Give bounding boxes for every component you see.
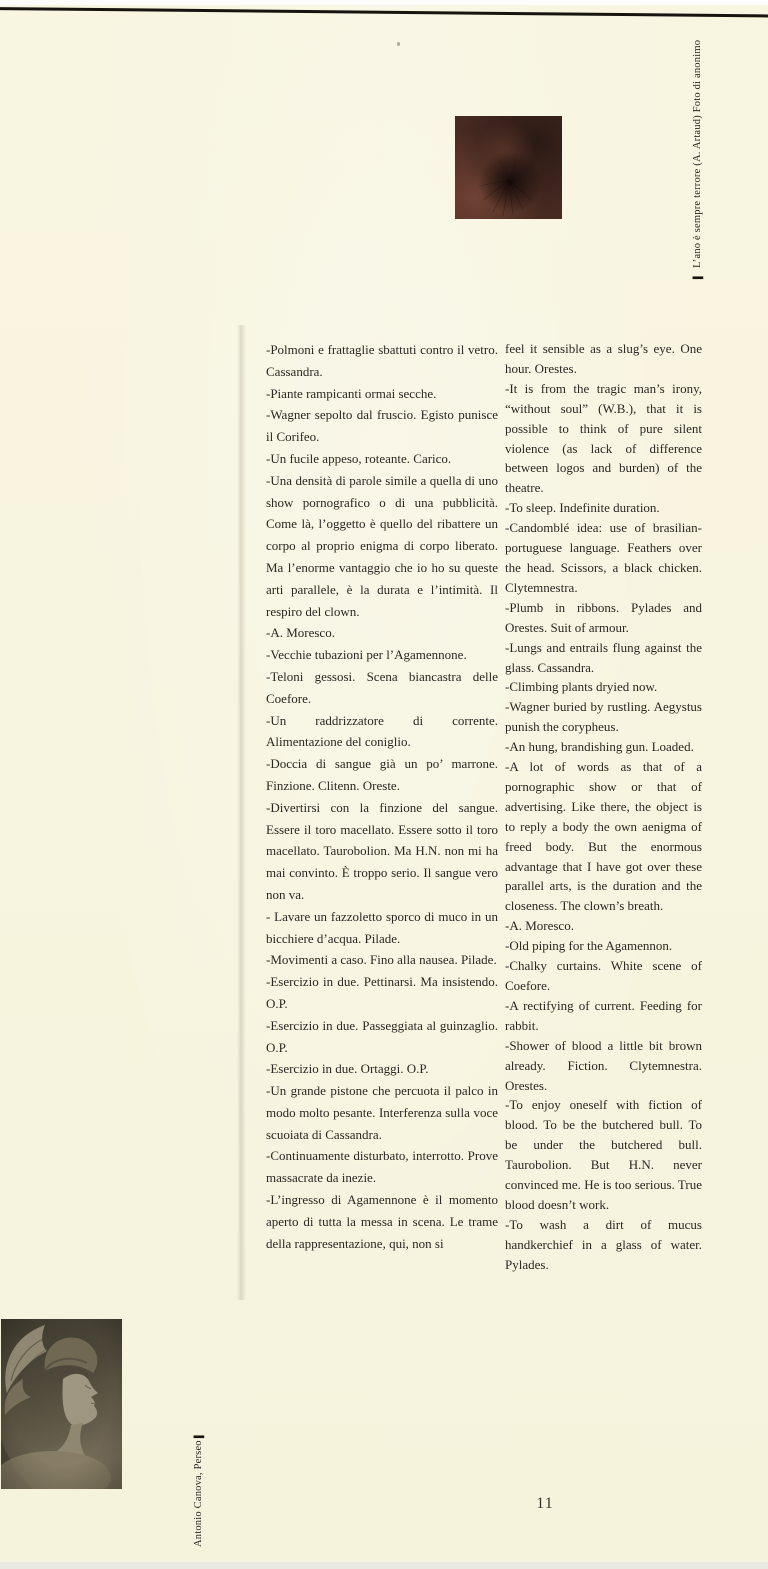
scan-edge-line: [0, 7, 768, 18]
page-number: 11: [515, 1495, 575, 1513]
text-entry: -Teloni gessosi. Scena biancastra delle …: [266, 666, 498, 710]
text-entry: -Wagner buried by rustling. Aegystus pun…: [505, 697, 702, 737]
text-entry: -Shower of blood a little bit brown alre…: [505, 1036, 702, 1096]
text-entry: -To wash a dirt of mucus handkerchief in…: [505, 1215, 702, 1275]
text-entry: -Polmoni e frattaglie sbattuti contro il…: [266, 339, 498, 383]
photo-caption-vertical: ▍L’ano è sempre terrore (A. Artaud) Foto…: [692, 29, 703, 281]
text-entry: -Doccia di sangue già un po’ marrone. Fi…: [266, 753, 498, 797]
caption-square-marker: ▍: [195, 1431, 204, 1438]
text-entry: -L’ingresso di Agamennone è il momento a…: [266, 1189, 498, 1254]
gutter-crease-shadow: [237, 325, 246, 1300]
text-entry: - Lavare un fazzoletto sporco di muco in…: [266, 906, 498, 950]
text-entry: -Esercizio in due. Ortaggi. O.P.: [266, 1058, 498, 1080]
text-entry: feel it sensible as a slug’s eye. One ho…: [505, 339, 702, 379]
text-entry: -It is from the tragic man’s irony, “wit…: [505, 379, 702, 498]
text-entry: -Un raddrizzatore di corrente. Alimentaz…: [266, 710, 498, 754]
text-entry: -Plumb in ribbons. Pylades and Orestes. …: [505, 598, 702, 638]
magazine-page: ▍L’ano è sempre terrore (A. Artaud) Foto…: [0, 5, 768, 1562]
text-entry: -Vecchie tubazioni per l’Agamennone.: [266, 644, 498, 666]
text-entry: -Candomblé idea: use of brasilian-portug…: [505, 518, 702, 598]
text-entry: -To sleep. Indefinite duration.: [505, 498, 702, 518]
text-entry: -Esercizio in due. Pettinarsi. Ma insist…: [266, 971, 498, 1015]
text-entry: -Un fucile appeso, roteante. Carico.: [266, 448, 498, 470]
text-entry: -A. Moresco.: [505, 916, 702, 936]
text-entry: -A lot of words as that of a pornographi…: [505, 757, 702, 916]
text-entry: -A. Moresco.: [266, 622, 498, 644]
column-english: feel it sensible as a slug’s eye. One ho…: [505, 339, 702, 1275]
perseus-statue-photo: [1, 1319, 122, 1489]
statue-caption-vertical: Antonio Canova, Perseo▍: [193, 1423, 204, 1547]
anonymous-photo: [455, 116, 562, 219]
text-entry: -A rectifying of current. Feeding for ra…: [505, 996, 702, 1036]
text-entry: -Esercizio in due. Passeggiata al guinza…: [266, 1015, 498, 1059]
text-entry: -To enjoy oneself with fiction of blood.…: [505, 1095, 702, 1214]
scan-speck: [397, 42, 400, 46]
text-entry: -Divertirsi con la finzione del sangue. …: [266, 797, 498, 906]
text-entry: -Lungs and entrails flung against the gl…: [505, 638, 702, 678]
text-entry: -Un grande pistone che percuota il palco…: [266, 1080, 498, 1145]
text-entry: -Una densità di parole simile a quella d…: [266, 470, 498, 623]
caption-square-marker: ▍: [694, 272, 703, 279]
text-entry: -An hung, brandishing gun. Loaded.: [505, 737, 702, 757]
text-entry: -Movimenti a caso. Fino alla nausea. Pil…: [266, 949, 498, 971]
text-entry: -Piante rampicanti ormai secche.: [266, 383, 498, 405]
text-entry: -Chalky curtains. White scene of Coefore…: [505, 956, 702, 996]
text-entry: -Climbing plants dryied now.: [505, 677, 702, 697]
text-entry: -Continuamente disturbato, interrotto. P…: [266, 1145, 498, 1189]
photo-caption-text: L’ano è sempre terrore (A. Artaud) Foto …: [692, 40, 703, 268]
statue-caption-text: Antonio Canova, Perseo: [193, 1440, 204, 1547]
text-entry: -Wagner sepolto dal fruscio. Egisto puni…: [266, 404, 498, 448]
column-italian: -Polmoni e frattaglie sbattuti contro il…: [266, 339, 498, 1254]
text-entry: -Old piping for the Agamennon.: [505, 936, 702, 956]
